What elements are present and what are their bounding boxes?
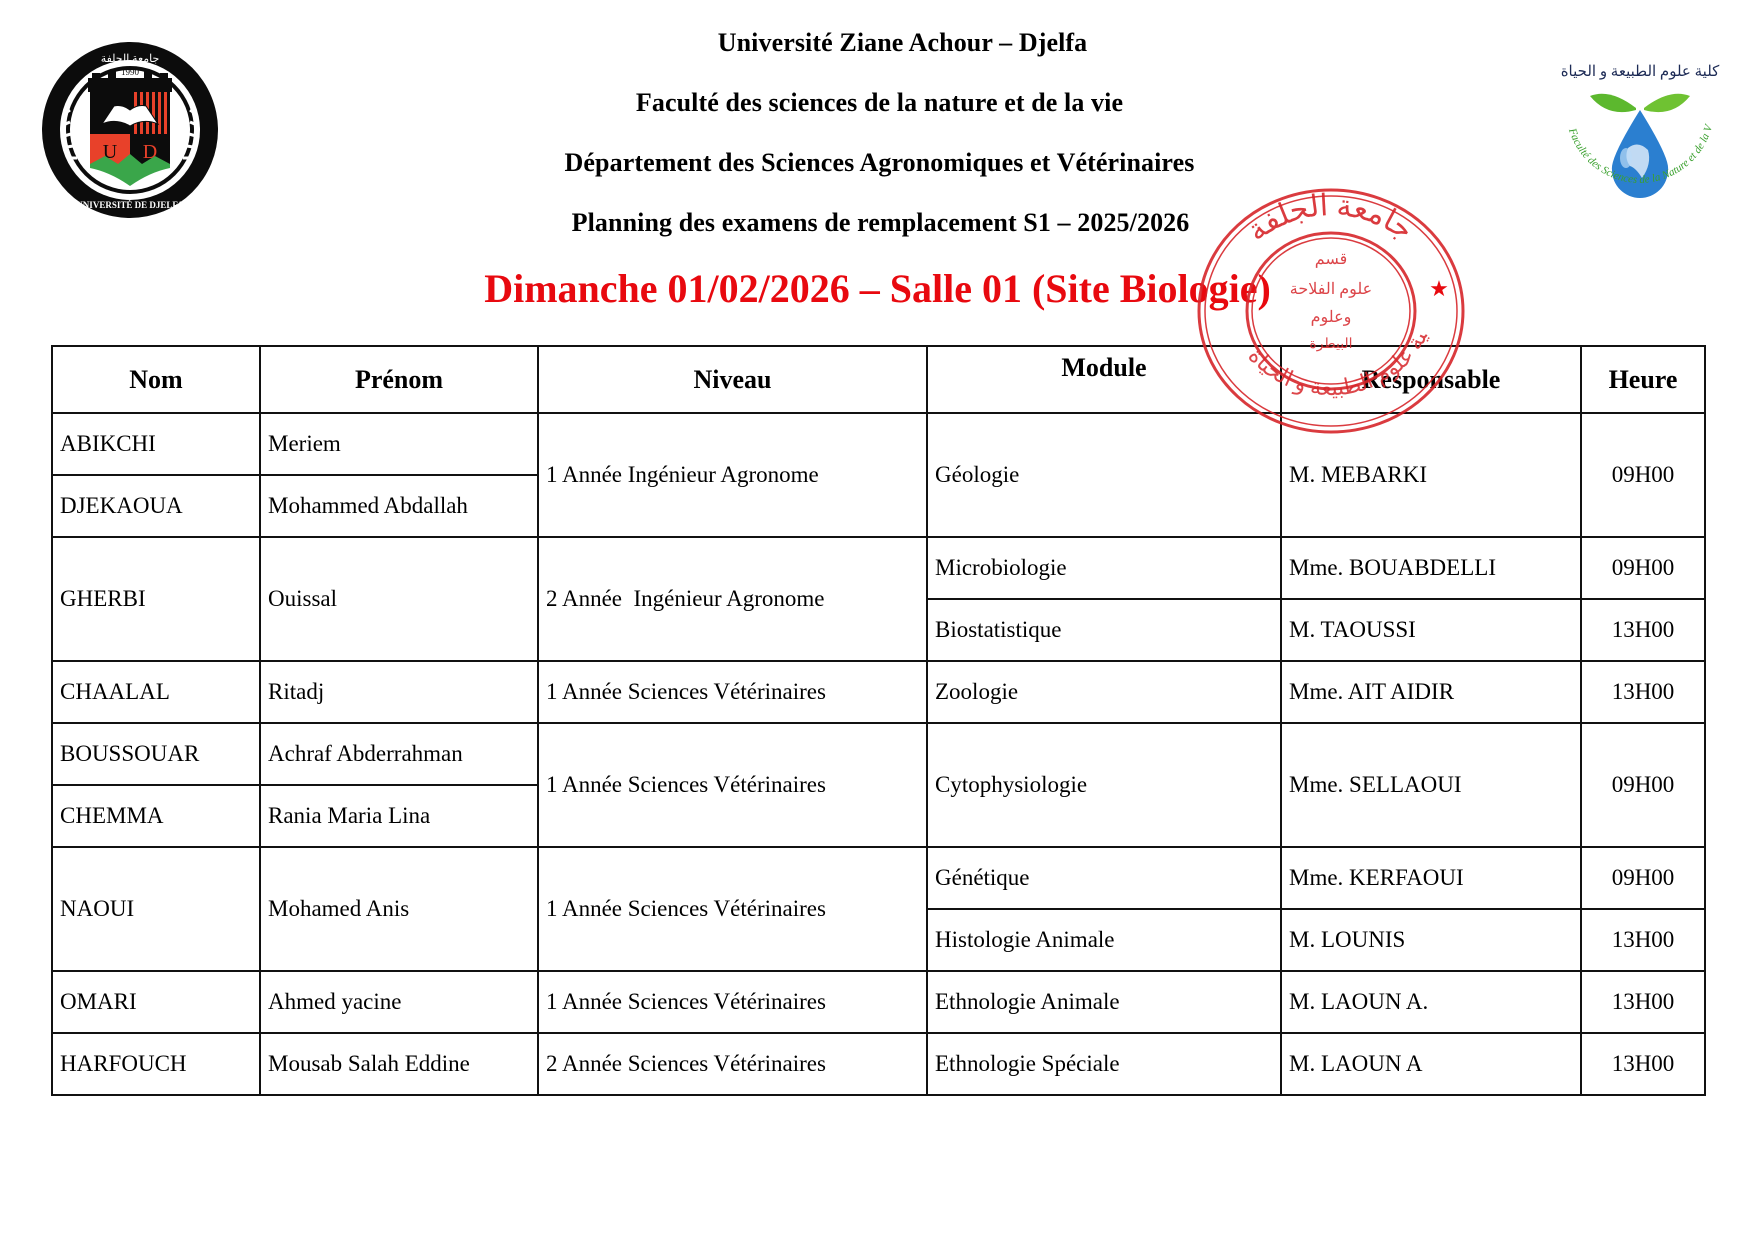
cell-nom: OMARI: [52, 971, 260, 1033]
cell-nom: ABIKCHI: [52, 413, 260, 475]
cell-nom: NAOUI: [52, 847, 260, 971]
col-header-heure: Heure: [1581, 346, 1705, 413]
university-name: Université Ziane Achour – Djelfa: [25, 28, 1755, 58]
cell-module: Microbiologie: [927, 537, 1281, 599]
cell-prenom: Mohamed Anis: [260, 847, 538, 971]
cell-nom: CHAALAL: [52, 661, 260, 723]
cell-module: Ethnologie Animale: [927, 971, 1281, 1033]
table-row: BOUSSOUAR Achraf Abderrahman 1 Année Sci…: [52, 723, 1705, 785]
cell-niveau: 1 Année Sciences Vétérinaires: [538, 971, 927, 1033]
cell-module: Cytophysiologie: [927, 723, 1281, 847]
table-row: CHAALAL Ritadj 1 Année Sciences Vétérina…: [52, 661, 1705, 723]
cell-niveau: 2 Année Sciences Vétérinaires: [538, 1033, 927, 1095]
cell-heure: 09H00: [1581, 723, 1705, 847]
cell-responsable: Mme. BOUABDELLI: [1281, 537, 1581, 599]
cell-prenom: Mohammed Abdallah: [260, 475, 538, 537]
table-row: ABIKCHI Meriem 1 Année Ingénieur Agronom…: [52, 413, 1705, 475]
cell-module: Géologie: [927, 413, 1281, 537]
cell-heure: 09H00: [1581, 537, 1705, 599]
cell-responsable: M. LOUNIS: [1281, 909, 1581, 971]
faculty-name: Faculté des sciences de la nature et de …: [2, 88, 1755, 118]
cell-heure: 13H00: [1581, 1033, 1705, 1095]
cell-prenom: Ritadj: [260, 661, 538, 723]
table-row: GHERBI Ouissal 2 Année Ingénieur Agronom…: [52, 537, 1705, 599]
cell-heure: 13H00: [1581, 599, 1705, 661]
col-header-niveau: Niveau: [538, 346, 927, 413]
table-row: HARFOUCH Mousab Salah Eddine 2 Année Sci…: [52, 1033, 1705, 1095]
cell-module: Histologie Animale: [927, 909, 1281, 971]
table-row: OMARI Ahmed yacine 1 Année Sciences Vété…: [52, 971, 1705, 1033]
cell-niveau: 1 Année Ingénieur Agronome: [538, 413, 927, 537]
cell-heure: 13H00: [1581, 971, 1705, 1033]
cell-responsable: M. TAOUSSI: [1281, 599, 1581, 661]
cell-prenom: Ouissal: [260, 537, 538, 661]
day-room-title: Dimanche 01/02/2026 – Salle 01 (Site Bio…: [0, 266, 1755, 312]
cell-prenom: Meriem: [260, 413, 538, 475]
cell-niveau: 2 Année Ingénieur Agronome: [538, 537, 927, 661]
exam-schedule-table: Nom Prénom Niveau Module Responsable Heu…: [51, 345, 1706, 1096]
cell-niveau: 1 Année Sciences Vétérinaires: [538, 661, 927, 723]
cell-prenom: Ahmed yacine: [260, 971, 538, 1033]
cell-responsable: M. LAOUN A.: [1281, 971, 1581, 1033]
cell-nom: DJEKAOUA: [52, 475, 260, 537]
col-header-responsable: Responsable: [1281, 346, 1581, 413]
cell-module: Biostatistique: [927, 599, 1281, 661]
col-header-prenom: Prénom: [260, 346, 538, 413]
cell-module: Génétique: [927, 847, 1281, 909]
cell-responsable: Mme. SELLAOUI: [1281, 723, 1581, 847]
col-header-nom: Nom: [52, 346, 260, 413]
table-header-row: Nom Prénom Niveau Module Responsable Heu…: [52, 346, 1705, 413]
department-name: Département des Sciences Agronomiques et…: [2, 148, 1755, 178]
cell-responsable: M. LAOUN A: [1281, 1033, 1581, 1095]
cell-niveau: 1 Année Sciences Vétérinaires: [538, 723, 927, 847]
planning-title: Planning des examens de remplacement S1 …: [3, 208, 1755, 238]
cell-responsable: Mme. KERFAOUI: [1281, 847, 1581, 909]
cell-nom: HARFOUCH: [52, 1033, 260, 1095]
col-header-module: Module: [927, 346, 1281, 413]
cell-module: Ethnologie Spéciale: [927, 1033, 1281, 1095]
cell-heure: 13H00: [1581, 909, 1705, 971]
cell-niveau: 1 Année Sciences Vétérinaires: [538, 847, 927, 971]
cell-prenom: Mousab Salah Eddine: [260, 1033, 538, 1095]
cell-heure: 09H00: [1581, 413, 1705, 537]
cell-responsable: Mme. AIT AIDIR: [1281, 661, 1581, 723]
cell-heure: 13H00: [1581, 661, 1705, 723]
cell-responsable: M. MEBARKI: [1281, 413, 1581, 537]
cell-heure: 09H00: [1581, 847, 1705, 909]
cell-prenom: Achraf Abderrahman: [260, 723, 538, 785]
cell-nom: GHERBI: [52, 537, 260, 661]
document-header: Université Ziane Achour – Djelfa Faculté…: [0, 28, 1755, 268]
cell-module: Zoologie: [927, 661, 1281, 723]
cell-nom: CHEMMA: [52, 785, 260, 847]
table-row: NAOUI Mohamed Anis 1 Année Sciences Vété…: [52, 847, 1705, 909]
cell-nom: BOUSSOUAR: [52, 723, 260, 785]
cell-prenom: Rania Maria Lina: [260, 785, 538, 847]
